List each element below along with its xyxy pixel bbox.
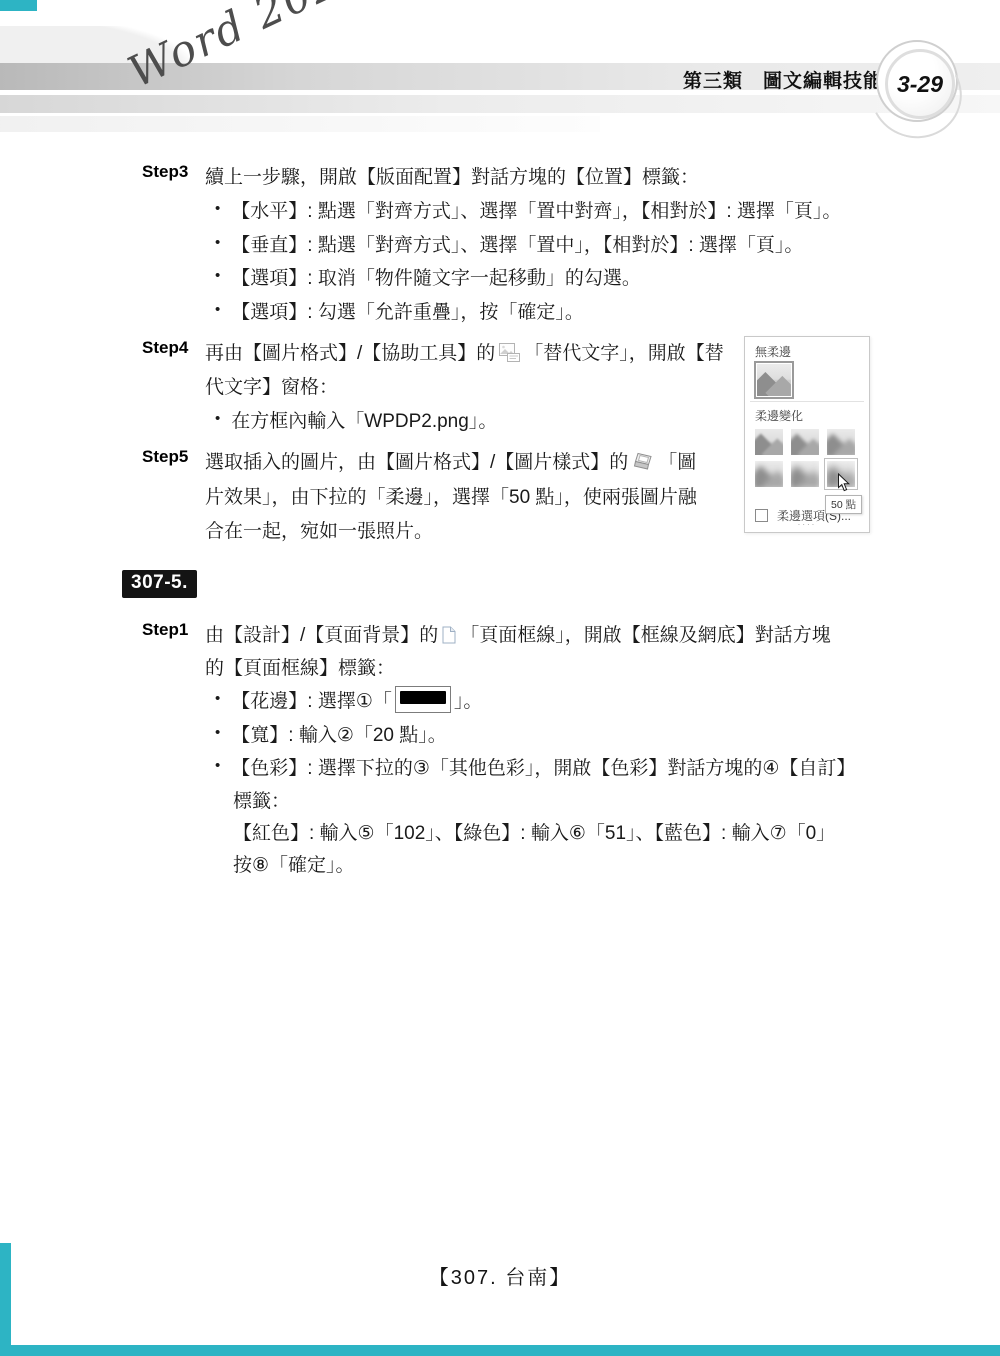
step4-label: Step4: [142, 338, 188, 358]
header-band-faint: [0, 116, 600, 132]
soft-edge-variation-2[interactable]: [791, 429, 819, 455]
soft-edge-variation-1[interactable]: [755, 429, 783, 455]
page-border-icon: [442, 626, 456, 644]
step1-bullet3-line3: 【紅色】: 輸入⑤「102」、【綠色】: 輸入⑥「51」、【藍色】: 輸入⑦「0…: [233, 818, 835, 845]
step3-bullet-1: 【水平】: 點選「對齊方式」、選擇「置中對齊」，【相對於】: 選擇「頁」。: [215, 196, 841, 223]
border-art-black-bar: [400, 691, 446, 704]
page-number: 3-29: [897, 71, 943, 98]
soft-edge-variation-4[interactable]: [755, 461, 783, 487]
soft-edges-dropdown-panel: 無柔邊 柔邊變化 50 點 柔邊選項(S)... ····: [744, 336, 870, 533]
landscape-thumbnail-image: [791, 461, 819, 487]
section-badge: 307-5.: [122, 570, 197, 598]
page-edge-mark-bottom-left: [0, 1243, 11, 1356]
step4-bullet: 在方框內輸入「WPDP2.png」。: [215, 406, 497, 433]
landscape-thumbnail-image: [827, 429, 855, 455]
page-edge-mark-top-left: [0, 0, 37, 11]
step4-text-a: 再由【圖片格式】/【協助工具】的: [205, 338, 495, 365]
step1-bullet1: 【花邊】: 選擇①「 」。: [215, 686, 482, 713]
step4-text-b: 「替代文字」，開啟【替: [524, 338, 724, 365]
step5-label: Step5: [142, 447, 188, 467]
step1-text-b: 「頁面框線」，開啟【框線及網底】對話方塊: [460, 620, 831, 647]
soft-edge-variations-label: 柔邊變化: [755, 407, 803, 424]
panel-resize-dots: ····: [745, 520, 869, 529]
step3-bullet-3: 【選項】: 取消「物件隨文字一起移動」的勾選。: [215, 263, 641, 290]
panel-divider: [750, 401, 864, 402]
step1-bullet1-post: 」。: [454, 686, 483, 713]
step1-line1: 由【設計】/【頁面背景】的 「頁面框線」，開啟【框線及網底】對話方塊: [205, 620, 831, 647]
landscape-thumbnail-image: [755, 429, 783, 455]
step3-label: Step3: [142, 162, 188, 182]
landscape-thumbnail-image: [755, 461, 783, 487]
page-edge-mark-bottom: [0, 1345, 1000, 1356]
border-art-preview: [395, 686, 451, 713]
step5-line1: 選取插入的圖片，由【圖片格式】/【圖片樣式】的 「圖: [205, 447, 696, 474]
soft-edge-variation-3[interactable]: [827, 429, 855, 455]
step4-line2: 代文字】窗格：: [205, 372, 338, 399]
page-number-badge: 3-29: [876, 40, 958, 122]
step1-line2: 的【頁面框線】標籤：: [205, 653, 395, 680]
landscape-thumbnail-image: [757, 364, 791, 396]
step5-line2: 片效果」，由下拉的「柔邊」，選擇「50 點」，使兩張圖片融: [205, 482, 697, 509]
step1-bullet2: 【寬】: 輸入②「20 點」。: [215, 720, 447, 747]
no-soft-edges-thumbnail[interactable]: [754, 361, 794, 399]
step1-label: Step1: [142, 620, 188, 640]
step3-intro: 續上一步驟，開啟【版面配置】對話方塊的【位置】標籤：: [205, 162, 699, 189]
step3-bullet-4: 【選項】: 勾選「允許重疊」，按「確定」。: [215, 297, 584, 324]
no-soft-edges-label: 無柔邊: [755, 343, 791, 360]
step4-line1: 再由【圖片格式】/【協助工具】的 「替代文字」，開啟【替: [205, 338, 724, 365]
step1-bullet3-line4: 按⑧「確定」。: [233, 850, 355, 877]
step1-bullet1-pre: 【花邊】: 選擇①「: [231, 686, 392, 713]
footer-exam-reference: 【307. 台南】: [0, 1261, 1000, 1290]
mouse-cursor-icon: [837, 473, 850, 497]
step3-bullet-2: 【垂直】: 點選「對齊方式」、選擇「置中」，【相對於】: 選擇「頁」。: [215, 230, 803, 257]
step5-line3: 合在一起，宛如一張照片。: [205, 516, 433, 543]
step1-bullet3-line2: 標籤：: [233, 786, 290, 813]
tooltip-50pt: 50 點: [825, 495, 862, 514]
step1-text-a: 由【設計】/【頁面背景】的: [205, 620, 438, 647]
step1-bullet3-line1: 【色彩】: 選擇下拉的③「其他色彩」，開啟【色彩】對話方塊的④【自訂】: [215, 753, 855, 780]
chapter-title: 第三類 圖文編輯技能: [683, 66, 883, 93]
landscape-thumbnail-image: [791, 429, 819, 455]
step5-text-b: 「圖: [658, 447, 696, 474]
book-page: Word 2021 第三類 圖文編輯技能 3-29 Step3 續上一步驟，開啟…: [0, 0, 1000, 1356]
soft-edge-variation-5[interactable]: [791, 461, 819, 487]
page-number-badge-inner: 3-29: [885, 49, 955, 119]
alt-text-icon: [499, 343, 520, 362]
step5-text-a: 選取插入的圖片，由【圖片格式】/【圖片樣式】的: [205, 447, 628, 474]
picture-effects-icon: [632, 452, 654, 471]
header-band-light: [0, 95, 1000, 113]
